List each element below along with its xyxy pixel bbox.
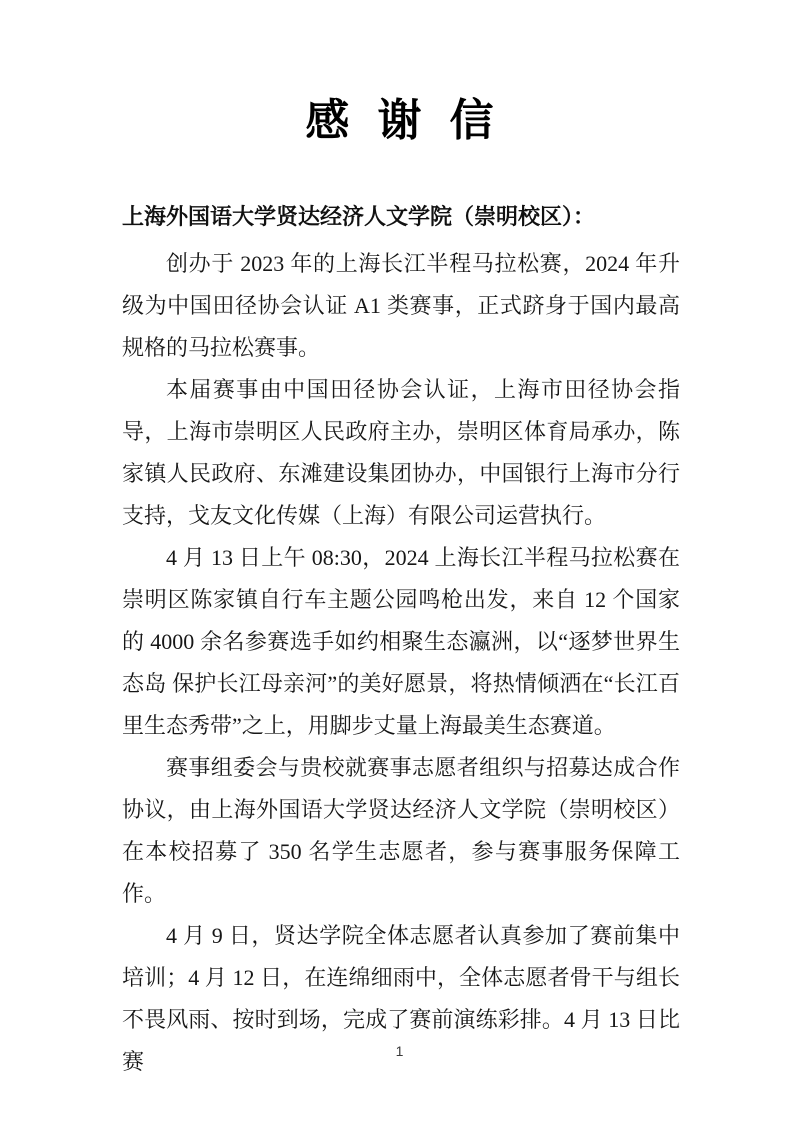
letter-paragraph: 4 月 13 日上午 08:30，2024 上海长江半程马拉松赛在崇明区陈家镇自… — [122, 537, 680, 747]
letter-paragraph: 本届赛事由中国田径协会认证，上海市田径协会指导，上海市崇明区人民政府主办，崇明区… — [122, 369, 680, 537]
letter-body: 上海外国语大学贤达经济人文学院（崇明校区）： 创办于 2023 年的上海长江半程… — [0, 196, 799, 1083]
page-title: 感 谢 信 — [0, 98, 799, 144]
letter-paragraph: 赛事组委会与贵校就赛事志愿者组织与招募达成合作协议，由上海外国语大学贤达经济人文… — [122, 747, 680, 915]
paragraph-block: 创办于 2023 年的上海长江半程马拉松赛，2024 年升级为中国田径协会认证 … — [122, 243, 680, 1083]
salutation-line: 上海外国语大学贤达经济人文学院（崇明校区）： — [122, 196, 680, 238]
page-number: 1 — [0, 1042, 799, 1060]
letter-page: 感 谢 信 上海外国语大学贤达经济人文学院（崇明校区）： 创办于 2023 年的… — [0, 0, 799, 1130]
letter-paragraph: 创办于 2023 年的上海长江半程马拉松赛，2024 年升级为中国田径协会认证 … — [122, 243, 680, 369]
